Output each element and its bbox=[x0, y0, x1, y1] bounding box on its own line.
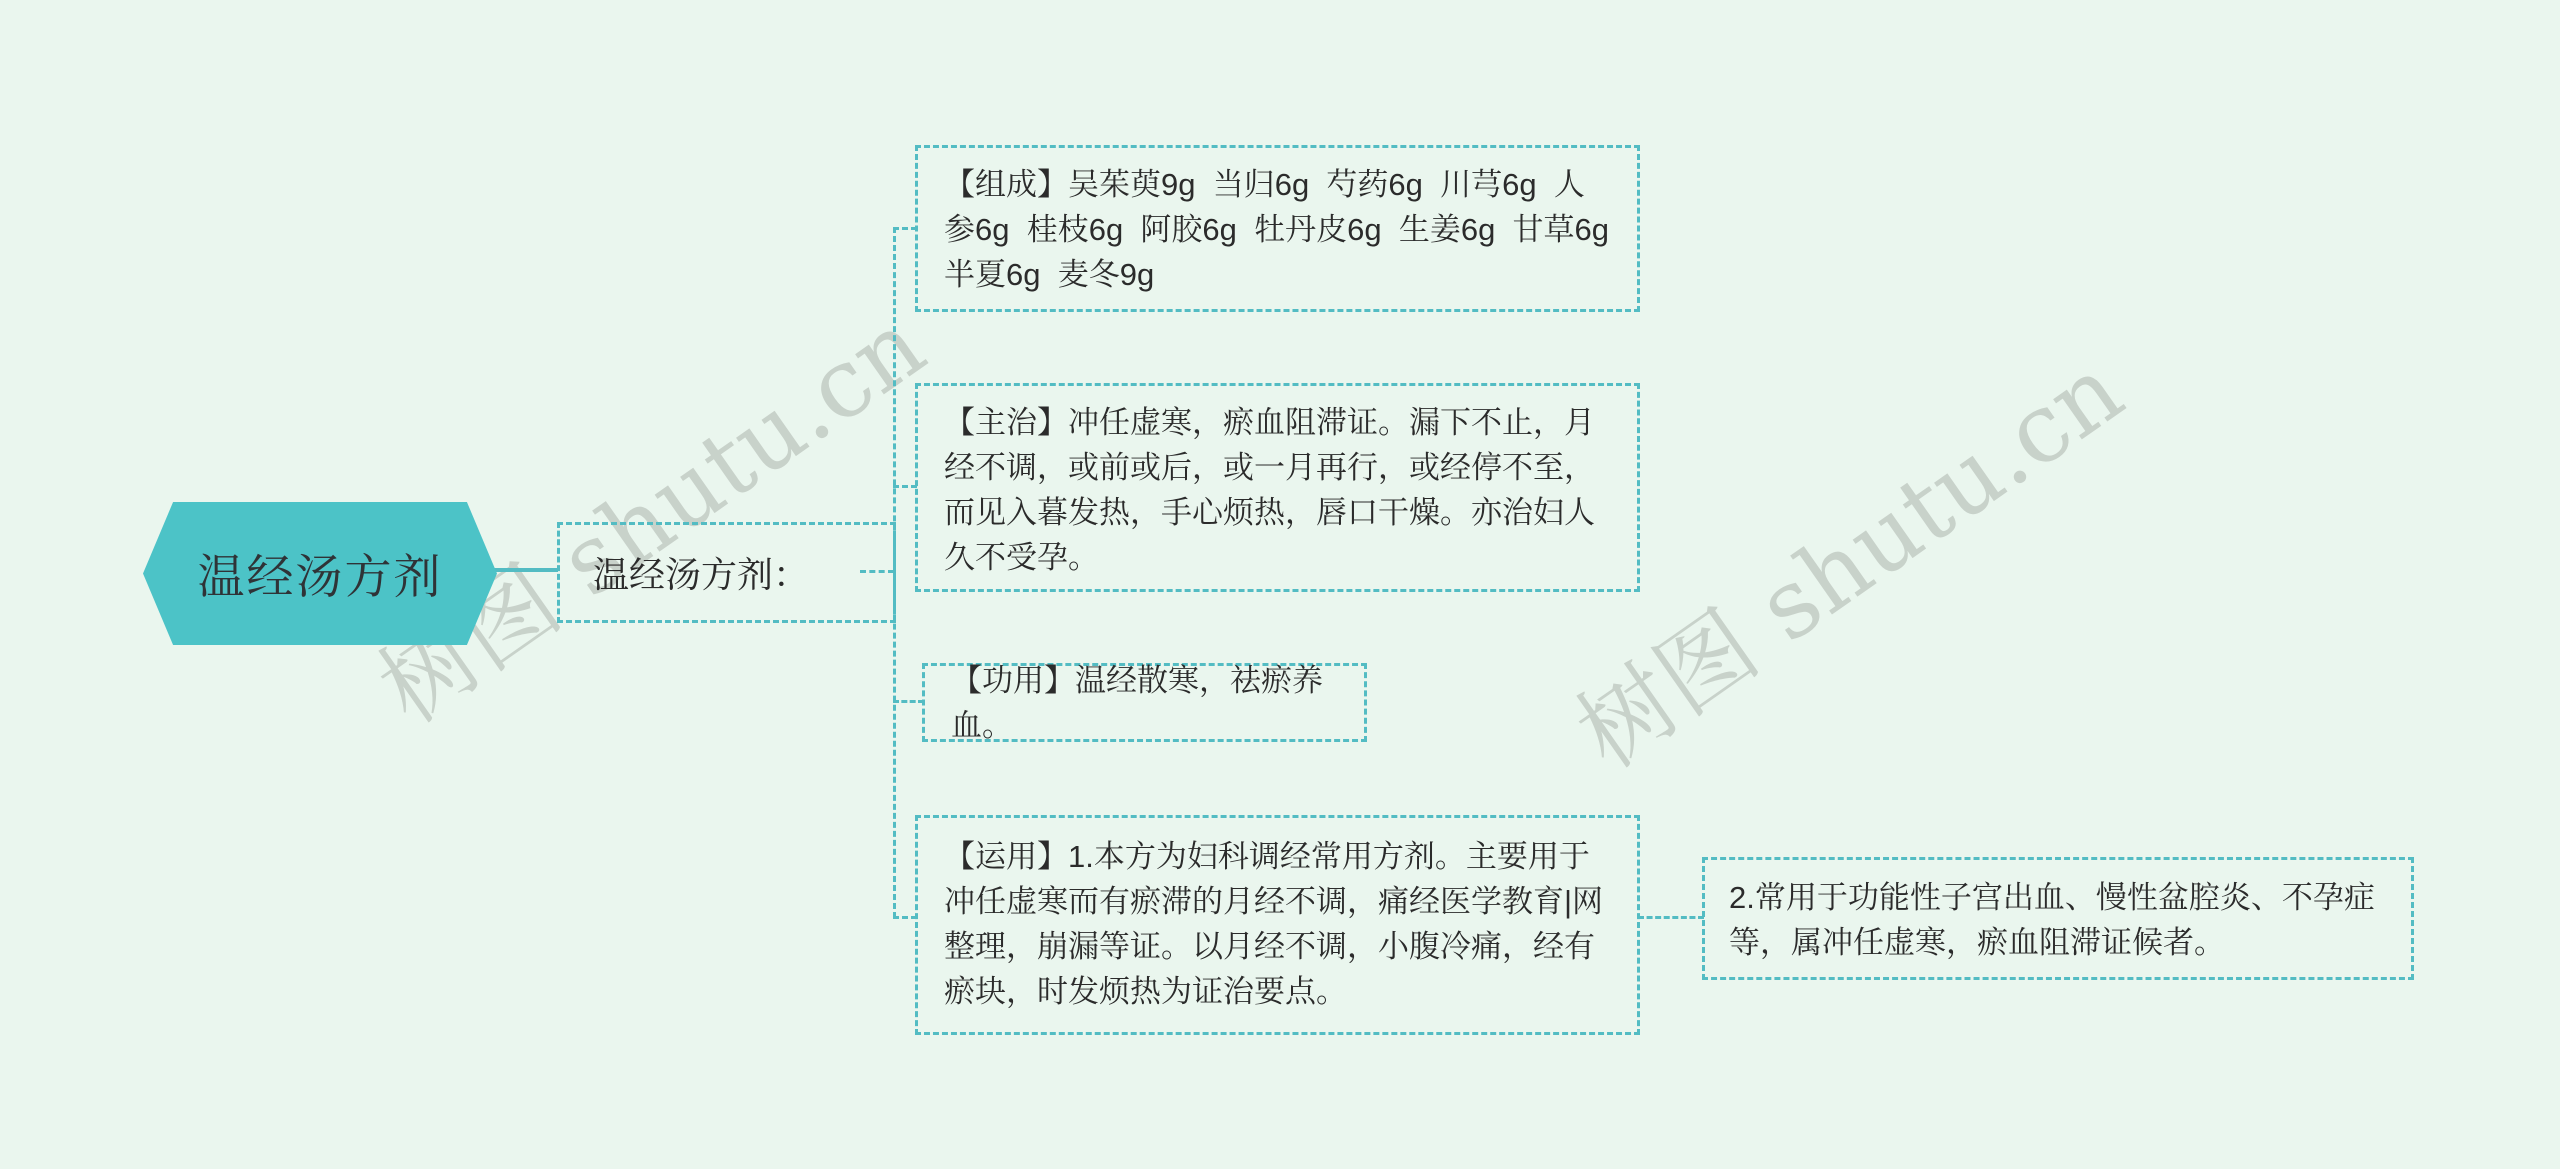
branch-box-composition[interactable]: 【组成】吴茱萸9g 当归6g 芍药6g 川芎6g 人参6g 桂枝6g 阿胶6g … bbox=[915, 145, 1640, 312]
branch-box-functions[interactable]: 【功用】温经散寒，祛瘀养血。 bbox=[922, 663, 1367, 742]
parent-topic-box[interactable]: 温经汤方剂： bbox=[557, 522, 896, 623]
branch-box-application[interactable]: 【运用】1.本方为妇科调经常用方剂。主要用于冲任虚寒而有瘀滞的月经不调，痛经医学… bbox=[915, 815, 1640, 1035]
connector-trunk-to-functions bbox=[893, 700, 924, 703]
connector-trunk-to-indications bbox=[893, 485, 917, 488]
connector-trunk-to-application bbox=[893, 916, 917, 919]
sub-branch-box-usage[interactable]: 2.常用于功能性子宫出血、慢性盆腔炎、不孕症等，属冲任虚寒，瘀血阻滞证候者。 bbox=[1702, 857, 2414, 980]
connector-application-to-sub bbox=[1638, 916, 1704, 919]
branch-box-indications[interactable]: 【主治】冲任虚寒，瘀血阻滞证。漏下不止，月经不调，或前或后，或一月再行，或经停不… bbox=[915, 383, 1640, 592]
root-node-hexagon[interactable]: 温经汤方剂 bbox=[143, 502, 497, 645]
connector-trunk-to-composition bbox=[893, 227, 917, 230]
parent-topic-label: 温经汤方剂： bbox=[593, 547, 809, 598]
connector-root-to-parent bbox=[494, 568, 558, 572]
root-node-label: 温经汤方剂 bbox=[198, 540, 443, 607]
